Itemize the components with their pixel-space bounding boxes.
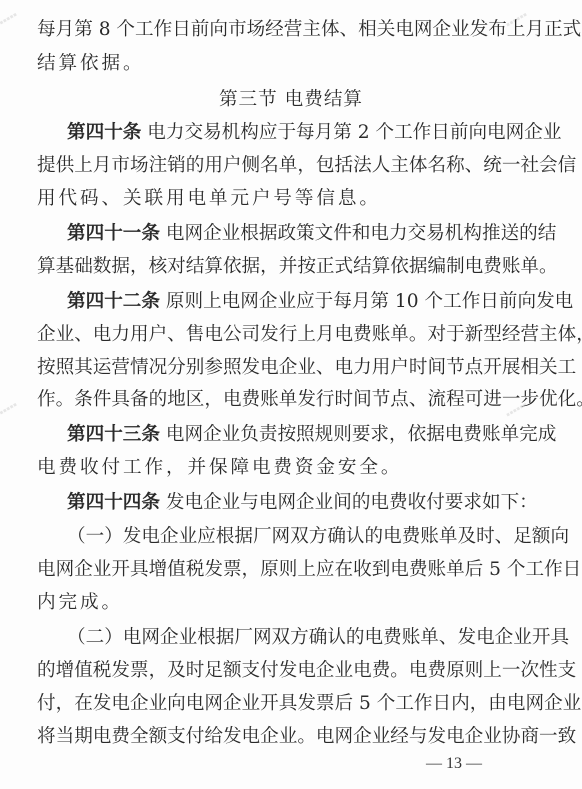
line-text: （二）电网企业根据厂网双方确认的电费账单、发电企业开具 bbox=[67, 627, 569, 648]
text-line: （一）发电企业应根据厂网双方确认的电费账单及时、足额向 bbox=[67, 526, 481, 548]
line-text: 将当期电费全额支付给发电企业。电网企业经与发电企业协商一致 bbox=[37, 726, 576, 747]
watermark: ▪▪▪▪▪▪ bbox=[0, 9, 20, 31]
line-text: 企业、电力用户、售电公司发行上月电费账单。对于新型经营主体， bbox=[37, 324, 582, 345]
article-first-line: 第四十一条 电网企业根据政策文件和电力交易机构推送的结 bbox=[67, 223, 481, 245]
document-page: ▪▪▪▪▪▪ ▪▪▪▪▪▪ ▪▪▪▪▪▪ ▪▪▪▪▪▪ — 13 — 每月第 8… bbox=[0, 0, 582, 789]
line-text: 付，在发电企业向电网企业开具发票后 5 个工作日内，由电网企业 bbox=[37, 693, 581, 714]
text-line: 每月第 8 个工作日前向市场经营主体、相关电网企业发布上月正式 bbox=[37, 19, 481, 41]
text-line: 付，在发电企业向电网企业开具发票后 5 个工作日内，由电网企业 bbox=[37, 693, 481, 715]
text-line: 提供上月市场注销的用户侧名单，包括法人主体名称、统一社会信 bbox=[37, 155, 481, 177]
text-line: 作。条件具备的地区，电费账单发行时间节点、流程可进一步优化。 bbox=[37, 389, 481, 411]
article-number: 第四十条 bbox=[67, 122, 141, 143]
line-text: 电费收付工作，并保障电费资金安全。 bbox=[37, 457, 402, 478]
text-line: 按照其运营情况分别参照发电企业、电力用户时间节点开展相关工 bbox=[37, 357, 481, 379]
section-heading: 第三节 电费结算 bbox=[0, 89, 582, 111]
line-text: 第三节 电费结算 bbox=[219, 89, 363, 110]
line-text: 提供上月市场注销的用户侧名单，包括法人主体名称、统一社会信 bbox=[37, 155, 576, 176]
line-text: 内完成。 bbox=[37, 592, 123, 613]
article-first-line: 第四十三条 电网企业负责按照规则要求，依据电费账单完成 bbox=[67, 424, 481, 446]
text-line: 结算依据。 bbox=[37, 53, 481, 75]
line-text: 原则上电网企业应于每月第 10 个工作日前向发电 bbox=[160, 291, 573, 312]
line-text: 作。条件具备的地区，电费账单发行时间节点、流程可进一步优化。 bbox=[37, 389, 582, 410]
line-text: 电网企业开具增值税发票，原则上应在收到电费账单后 5 个工作日 bbox=[37, 559, 581, 580]
text-line: 内完成。 bbox=[37, 592, 481, 614]
line-text: 电网企业负责按照规则要求，依据电费账单完成 bbox=[160, 424, 556, 445]
article-number: 第四十四条 bbox=[67, 492, 160, 513]
text-line: 用代码、关联用电单元户号等信息。 bbox=[37, 188, 481, 210]
text-line: 算基础数据，核对结算依据，并按正式结算依据编制电费账单。 bbox=[37, 256, 481, 278]
article-number: 第四十三条 bbox=[67, 424, 160, 445]
article-number: 第四十一条 bbox=[67, 223, 160, 244]
text-line: 的增值税发票，及时足额支付发电企业电费。电费原则上一次性支 bbox=[37, 660, 481, 682]
article-number: 第四十二条 bbox=[67, 291, 160, 312]
article-first-line: 第四十四条 发电企业与电网企业间的电费收付要求如下： bbox=[67, 492, 481, 514]
text-line: （二）电网企业根据厂网双方确认的电费账单、发电企业开具 bbox=[67, 627, 481, 649]
text-line: 企业、电力用户、售电公司发行上月电费账单。对于新型经营主体， bbox=[37, 324, 481, 346]
line-text: 按照其运营情况分别参照发电企业、电力用户时间节点开展相关工 bbox=[37, 357, 576, 378]
text-line: 电网企业开具增值税发票，原则上应在收到电费账单后 5 个工作日 bbox=[37, 559, 481, 581]
line-text: 的增值税发票，及时足额支付发电企业电费。电费原则上一次性支 bbox=[37, 660, 576, 681]
text-line: 电费收付工作，并保障电费资金安全。 bbox=[37, 457, 481, 479]
page-number: — 13 — bbox=[426, 755, 482, 773]
watermark: ▪▪▪▪▪▪ bbox=[0, 399, 20, 421]
article-first-line: 第四十条 电力交易机构应于每月第 2 个工作日前向电网企业 bbox=[67, 122, 481, 144]
line-text: （一）发电企业应根据厂网双方确认的电费账单及时、足额向 bbox=[67, 526, 569, 547]
line-text: 结算依据。 bbox=[37, 53, 144, 74]
line-text: 算基础数据，核对结算依据，并按正式结算依据编制电费账单。 bbox=[37, 256, 558, 277]
line-text: 发电企业与电网企业间的电费收付要求如下： bbox=[160, 492, 538, 513]
line-text: 每月第 8 个工作日前向市场经营主体、相关电网企业发布上月正式 bbox=[37, 19, 581, 40]
text-line: 将当期电费全额支付给发电企业。电网企业经与发电企业协商一致 bbox=[37, 726, 481, 748]
article-first-line: 第四十二条 原则上电网企业应于每月第 10 个工作日前向发电 bbox=[67, 291, 481, 313]
line-text: 电力交易机构应于每月第 2 个工作日前向电网企业 bbox=[141, 122, 561, 143]
line-text: 用代码、关联用电单元户号等信息。 bbox=[37, 188, 381, 209]
line-text: 电网企业根据政策文件和电力交易机构推送的结 bbox=[160, 223, 556, 244]
